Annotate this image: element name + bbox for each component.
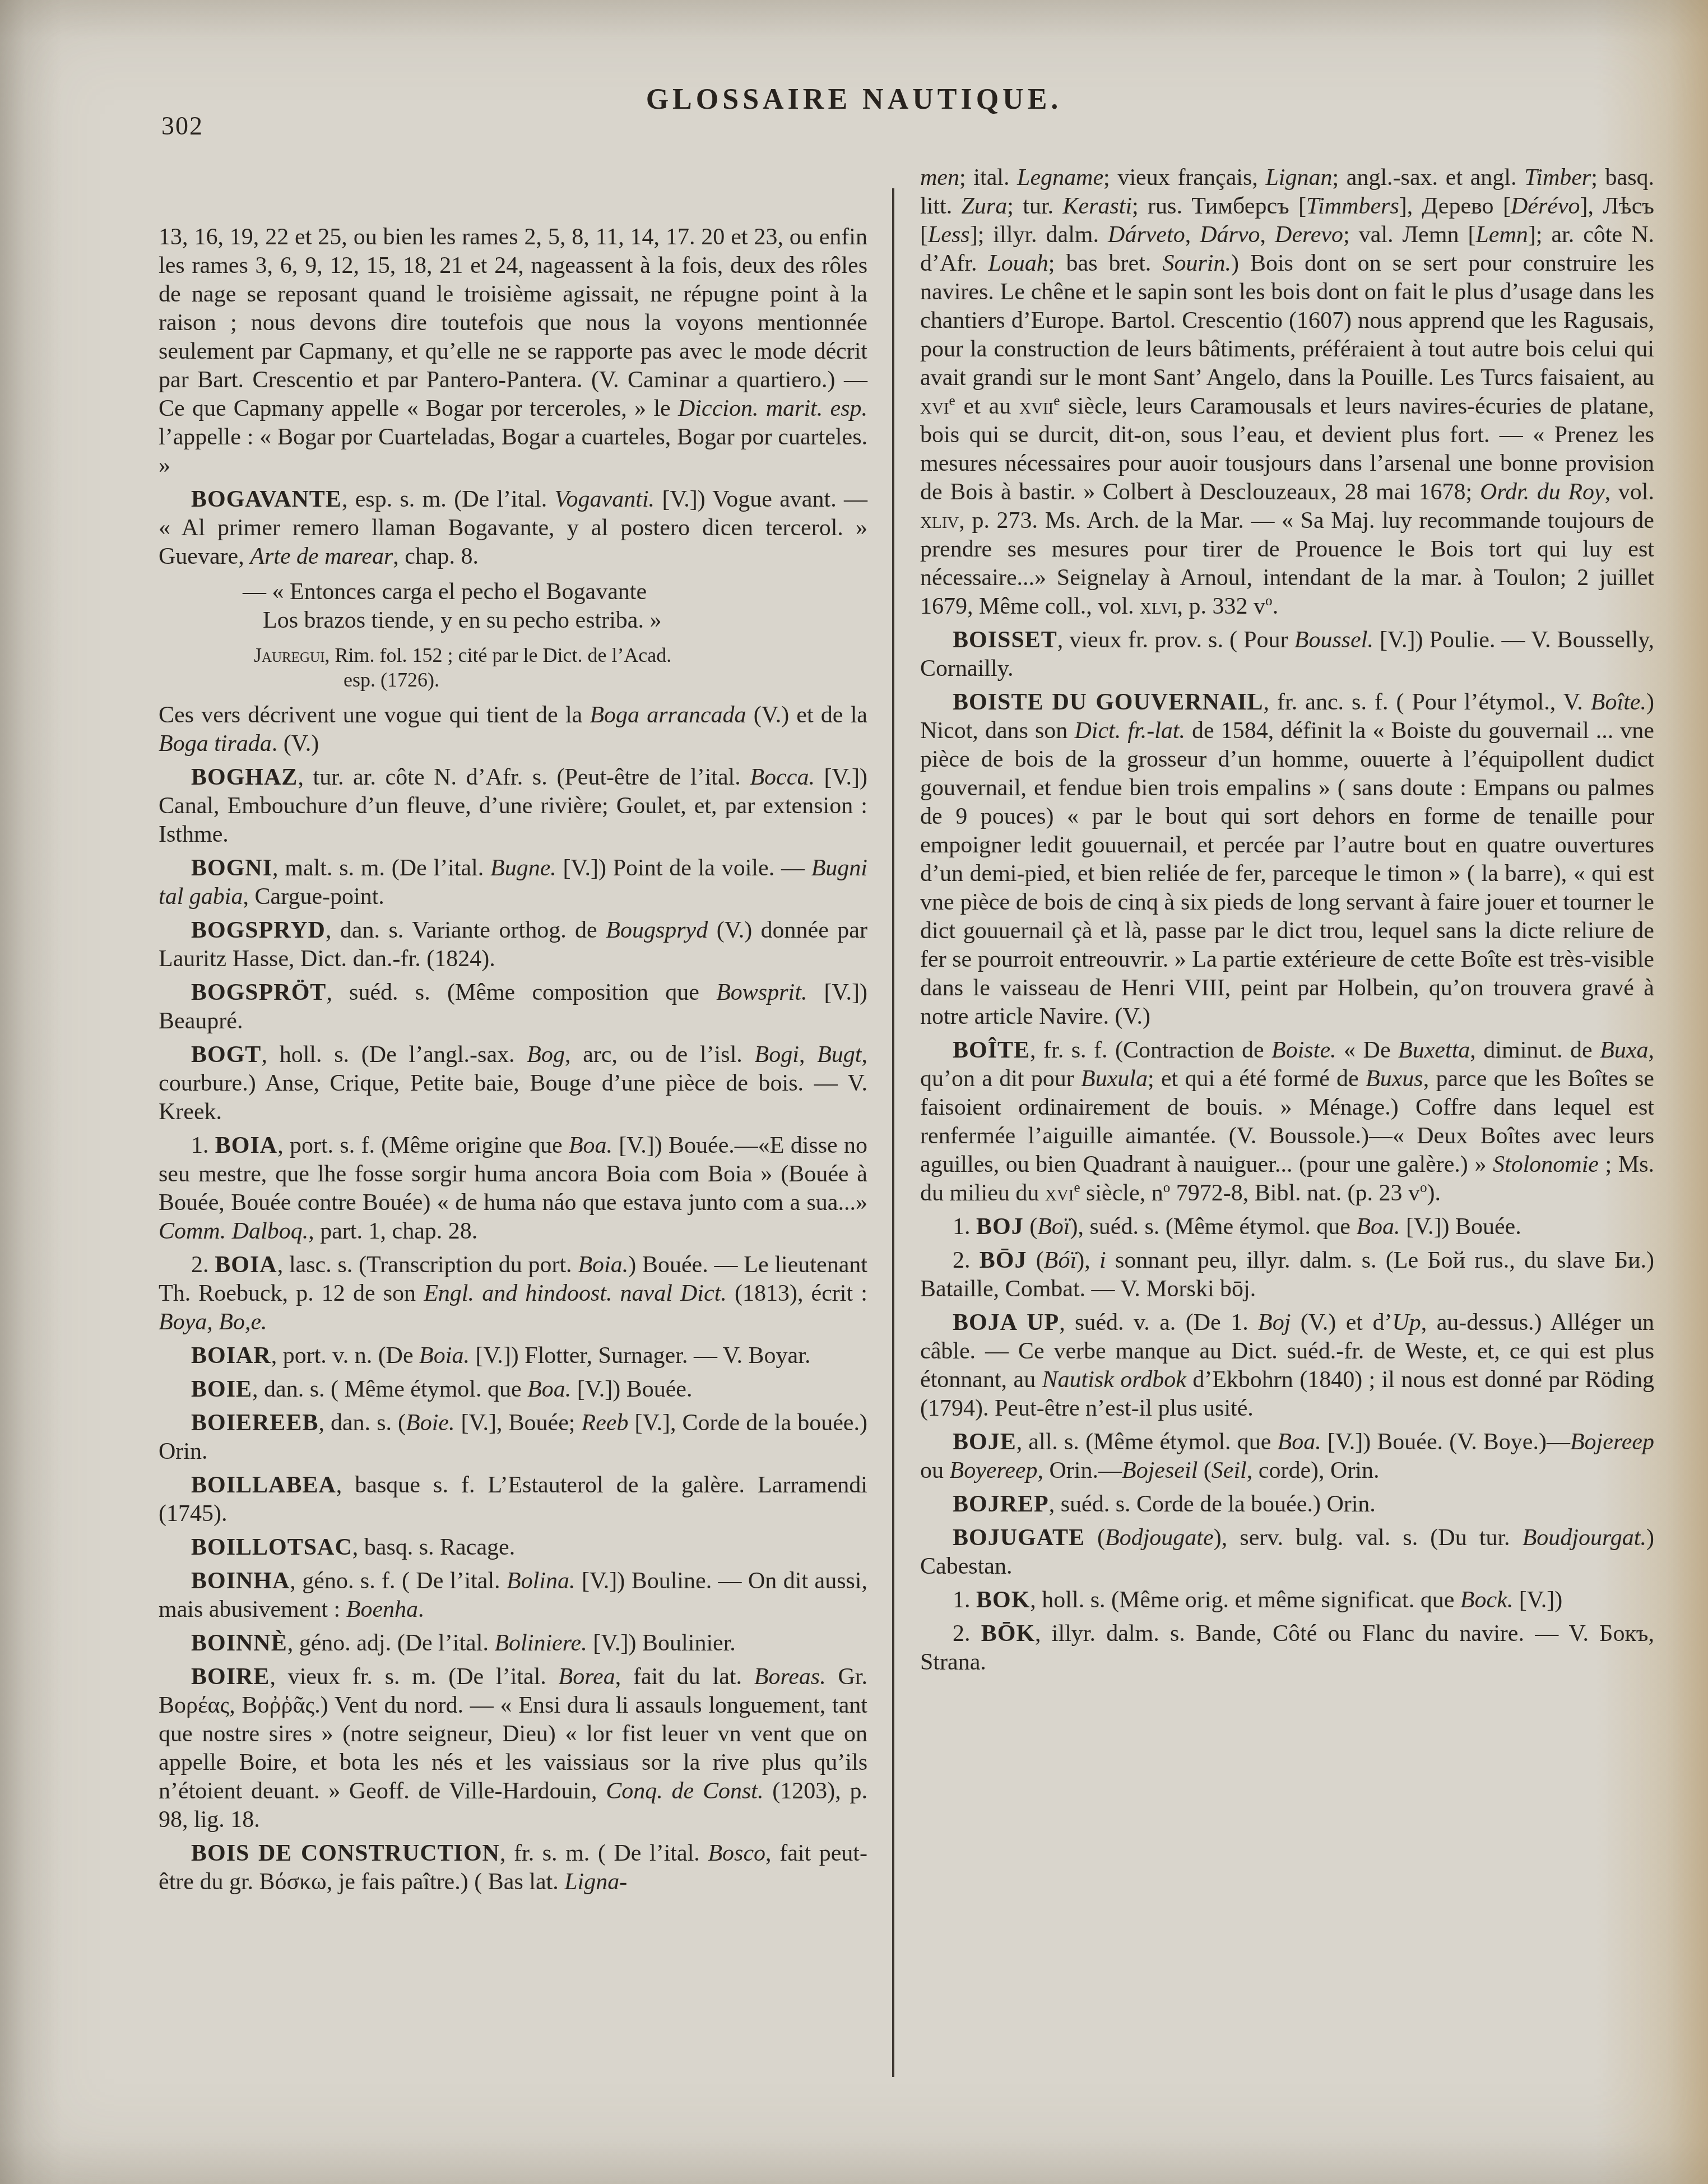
text-run-i: Dérévo (1511, 193, 1580, 219)
text-run-sc: xliv (920, 508, 959, 534)
entry-boite: BOÎTE, fr. s. f. (Contraction de Boiste.… (920, 1036, 1654, 1208)
text-run-i: Nautisk ordbok (1042, 1367, 1186, 1393)
entry-boisset: BOISSET, vieux fr. prov. s. ( Pour Bouss… (920, 626, 1654, 683)
text-run-i: Sourin. (1162, 251, 1231, 276)
entry-boja-up: BOJA UP, suéd. v. a. (De 1. Boj (V.) et … (920, 1309, 1654, 1423)
text-run-i: Boiste. (1271, 1037, 1336, 1063)
text-run-i: Boia. (578, 1252, 628, 1278)
text-run-b: BOGNI (191, 855, 272, 881)
text-run-i: Boga arrancada (590, 702, 746, 728)
page-scan: 302 GLOSSAIRE NAUTIQUE. 13, 16, 19, 22 e… (0, 0, 1708, 2184)
text-run-i: Boa. (1277, 1429, 1321, 1455)
text-run-i: Borea (559, 1664, 615, 1690)
text-run-i: Bugt (817, 1042, 861, 1068)
text-run-i: Dict. fr.-lat. (1074, 718, 1185, 744)
text-run-i: Bocca. (750, 764, 814, 790)
text-run-b: BOJ (976, 1214, 1024, 1240)
text-run-i: Boya, Bo,e. (159, 1309, 267, 1335)
text-run-b: BOÎTE (953, 1037, 1030, 1063)
text-run-i: Bog (527, 1042, 565, 1068)
entry-bogt: BOGT, holl. s. (De l’angl.-sax. Bog, arc… (159, 1041, 867, 1126)
text-run-sup: e (1053, 393, 1060, 409)
text-run-sup: o (1163, 1180, 1171, 1195)
text-run-b: BOGSPRÖT (191, 980, 326, 1005)
text-run-sup: o (1265, 593, 1273, 609)
citation-line-2: esp. (1726). (344, 667, 867, 692)
text-run-i: Legname (1017, 165, 1103, 191)
text-run-i: Ordr. du Roy (1480, 479, 1605, 505)
text-run-b: BOGAVANTE (191, 486, 342, 512)
entry-boiereeb: BOIEREEB, dan. s. (Boie. [V.], Bouée; Re… (159, 1409, 867, 1466)
text-run-i: Engl. and hindoost. naval Dict. (424, 1281, 727, 1306)
text-run-i: Bock. (1460, 1587, 1513, 1613)
entry-bois-de-construction: BOIS DE CONSTRUCTION, fr. s. m. ( De l’i… (159, 1839, 867, 1896)
text-run-i: Boîte. (1591, 689, 1646, 715)
text-run-i: Bougspryd (606, 917, 708, 943)
running-head: GLOSSAIRE NAUTIQUE. (0, 83, 1708, 116)
text-run-i: Boa. (527, 1376, 571, 1402)
text-run-i: Bosco (708, 1840, 765, 1866)
text-run-i: Timber (1524, 165, 1591, 191)
entry-boinne: BOINNÈ, géno. adj. (De l’ital. Boliniere… (159, 1629, 867, 1658)
text-run-b: BOINNÈ (191, 1630, 287, 1656)
text-run-i: Lignan (1265, 165, 1332, 191)
text-run-i: Seil (1212, 1458, 1247, 1483)
text-run-i: Buxus (1366, 1066, 1423, 1092)
text-run-sc: xlvi (1140, 593, 1177, 619)
entry-boia-2: 2. BOIA, lasc. s. (Transcription du port… (159, 1251, 867, 1337)
text-run-i: Dárveto (1108, 222, 1185, 248)
text-run-i: Timmbers (1306, 193, 1399, 219)
text-run-i: Bogi (755, 1042, 799, 1068)
text-run-i: Boa. (569, 1133, 612, 1158)
text-run-sc: xvi (1045, 1180, 1074, 1206)
text-run-i: Boenha (346, 1597, 418, 1622)
entry-bogni: BOGNI, malt. s. m. (De l’ital. Bugne. [V… (159, 854, 867, 911)
entry-boie: BOIE, dan. s. ( Même étymol. que Boa. [V… (159, 1375, 867, 1404)
text-run-i: Bojeseil (1122, 1458, 1198, 1483)
text-run-i: Boga tirada (159, 731, 272, 757)
text-run-b: BOGHAZ (191, 764, 298, 790)
text-run-i: Boyereep (950, 1458, 1038, 1483)
text-run-i: Conq. de Const. (606, 1778, 763, 1804)
continuation-paragraph: men; ital. Legname; vieux français, Lign… (920, 164, 1654, 621)
text-run-b: BOGSPRYD (191, 917, 326, 943)
text-run-b: BOISSET (953, 627, 1057, 653)
text-run-i: Boie. (406, 1410, 454, 1436)
text-run-i: Stolonomie (1493, 1152, 1599, 1177)
text-run-i: Kerasti (1062, 193, 1132, 219)
text-run-b: BOINHA (191, 1568, 290, 1594)
entry-bok-2: 2. BŌK, illyr. dalm. s. Bande, Côté ou F… (920, 1620, 1654, 1677)
text-run-b: BOIS DE CONSTRUCTION (191, 1840, 500, 1866)
text-run-i: Boj (1258, 1310, 1291, 1336)
text-run-i: Bugne. (490, 855, 556, 881)
entry-boillotsac: BOILLOTSAC, basq. s. Racage. (159, 1533, 867, 1562)
text-run-sup: e (1074, 1180, 1080, 1195)
entry-bogspryd: BOGSPRYD, dan. s. Variante orthog. de Bo… (159, 916, 867, 973)
text-run-b: BOIRE (191, 1664, 270, 1690)
text-run-b: BOIA (215, 1133, 277, 1158)
continuation-paragraph: 13, 16, 19, 22 et 25, ou bien les rames … (159, 223, 867, 480)
text-run-b: BOIE (191, 1376, 252, 1402)
entry-bogavante: BOGAVANTE, esp. s. m. (De l’ital. Vogava… (159, 485, 867, 571)
text-run-sup: o (1420, 1180, 1427, 1195)
entry-boire: BOIRE, vieux fr. s. m. (De l’ital. Borea… (159, 1663, 867, 1834)
text-run-b: BOILLABEA (191, 1472, 336, 1498)
entry-boiar: BOIAR, port. v. n. (De Boia. [V.]) Flott… (159, 1342, 867, 1370)
text-run-b: BOGT (191, 1042, 261, 1068)
verse-line-2: Los brazos tiende, y en su pecho estriba… (263, 606, 867, 635)
text-run-i: Bóï (1044, 1248, 1076, 1273)
text-run-b: BŌJ (980, 1248, 1027, 1273)
text-run-b: BOK (976, 1587, 1030, 1613)
text-run-i: Boudjourgat. (1523, 1525, 1646, 1551)
entry-bojugate: BOJUGATE (Bodjougate), serv. bulg. val. … (920, 1524, 1654, 1581)
text-run-i: Dárvo (1200, 222, 1260, 248)
text-run-i: Boia. (419, 1343, 470, 1369)
entry-bogsprot: BOGSPRÖT, suéd. s. (Même composition que… (159, 979, 867, 1036)
citation-line-1: Jauregui, Rim. fol. 152 ; cité par le Di… (254, 643, 867, 667)
entry-boje: BOJE, all. s. (Même étymol. que Boa. [V.… (920, 1428, 1654, 1485)
text-run-b: BOJA UP (953, 1310, 1059, 1336)
text-run-i: Bolina. (507, 1568, 575, 1594)
comment-paragraph: Ces vers décrivent une vogue qui tient d… (159, 701, 867, 758)
text-run-sc: xvii (1019, 393, 1053, 419)
entry-boghaz: BOGHAZ, tur. ar. côte N. d’Afr. s. (Peut… (159, 763, 867, 849)
text-run-i: Bojereep (1570, 1429, 1654, 1455)
text-run-b: BOIA (215, 1252, 277, 1278)
text-run-b: BOIEREEB (191, 1410, 318, 1436)
text-run-i: Boï (1037, 1214, 1070, 1240)
left-column: 13, 16, 19, 22 et 25, ou bien les rames … (159, 223, 867, 1902)
text-run-b: BŌK (981, 1621, 1035, 1647)
text-run-b: BOJUGATE (953, 1525, 1085, 1551)
text-run-i: Up (1392, 1310, 1421, 1336)
entry-boiste-du-gouvernail: BOISTE DU GOUVERNAIL, fr. anc. s. f. ( P… (920, 688, 1654, 1031)
text-run-i: Louah (988, 251, 1048, 276)
text-run-i: Buxetta (1398, 1037, 1470, 1063)
text-run-b: BOILLOTSAC (191, 1534, 352, 1560)
entry-bojrep: BOJREP, suéd. s. Corde de la bouée.) Ori… (920, 1490, 1654, 1519)
text-run-sup: e (949, 393, 955, 409)
text-run-i: i (1099, 1248, 1106, 1273)
text-run-i: Vogavanti. (555, 486, 655, 512)
text-run-sc: xvi (920, 393, 949, 419)
text-run-i: Boa. (1356, 1214, 1400, 1240)
entry-bok-1: 1. BOK, holl. s. (Même orig. et même sig… (920, 1586, 1654, 1615)
text-run-i: Diccion. marit. esp. (678, 396, 867, 421)
text-run-b: BOIAR (191, 1343, 271, 1369)
entry-boj-1: 1. BOJ (Boï), suéd. s. (Même étymol. que… (920, 1213, 1654, 1241)
entry-boia-1: 1. BOIA, port. s. f. (Même origine que B… (159, 1132, 867, 1246)
text-run-i: Buxula (1081, 1066, 1148, 1092)
entry-boinha: BOINHA, géno. s. f. ( De l’ital. Bolina.… (159, 1567, 867, 1624)
text-run-b: BOISTE DU GOUVERNAIL (953, 689, 1264, 715)
column-divider (892, 188, 894, 2077)
text-run-sc: Jauregui (254, 644, 325, 666)
text-run-i: Derevo (1275, 222, 1343, 248)
text-run-i: Buxa (1600, 1037, 1648, 1063)
entry-boj-2: 2. BŌJ (Bóï), i sonnant peu, illyr. dalm… (920, 1246, 1654, 1304)
text-run-i: men (920, 165, 959, 191)
entry-boillabea: BOILLABEA, basque s. f. L’Estauterol de … (159, 1471, 867, 1528)
text-run-b: BOJREP (953, 1491, 1049, 1517)
text-run-i: Boliniere. (494, 1630, 587, 1656)
text-run-i: Ligna- (564, 1869, 627, 1895)
right-column: men; ital. Legname; vieux français, Lign… (920, 164, 1654, 1682)
text-run-i: Bodjougate (1105, 1525, 1214, 1551)
text-run-i: Less (928, 222, 970, 248)
verse-line-1: — « Entonces carga el pecho el Bogavante (243, 578, 867, 606)
text-run-i: Comm. Dalboq. (159, 1218, 308, 1244)
text-run-i: Lemn (1475, 222, 1528, 248)
text-run-i: Arte de marear (250, 544, 393, 569)
text-run-i: Boussel. (1294, 627, 1373, 653)
text-run-i: Reeb (582, 1410, 629, 1436)
text-run-i: Zura (962, 193, 1008, 219)
text-run-i: Boreas. (754, 1664, 826, 1690)
text-run-i: Bowsprit. (716, 980, 807, 1005)
text-run-b: BOJE (953, 1429, 1017, 1455)
